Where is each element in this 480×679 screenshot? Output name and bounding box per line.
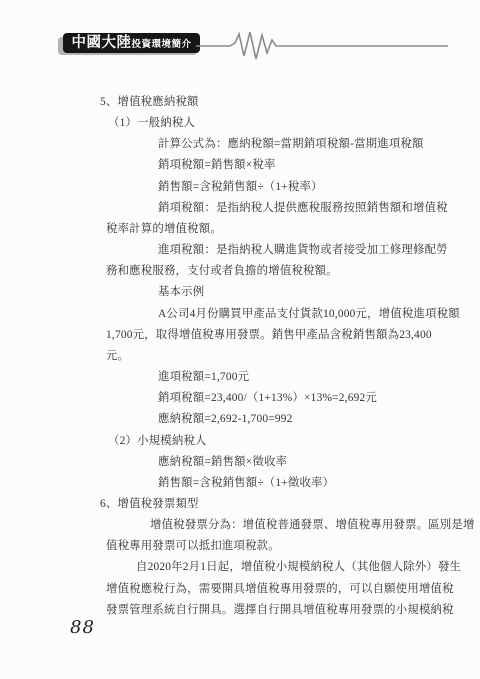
text-line-formula: 銷項稅額=銷售額×稅率 [158, 155, 445, 176]
waveform-icon [196, 28, 450, 68]
text-line-formula: 進項稅額=1,700元 [158, 367, 445, 388]
text-line-formula: 銷項稅額=23,400/（1+13%）×13%=2,692元 [158, 388, 445, 409]
text-line-paragraph: A公司4月份購買甲產品支付貨款10,000元，增值稅進項稅額 [158, 304, 445, 325]
page-number: 88 [70, 617, 95, 638]
text-line-item-2: （2）小規模納稅人 [108, 431, 445, 452]
body-text: 5、增值稅應納稅額 （1）一般納稅人 計算公式為：應納稅額=當期銷項稅額-當期進… [100, 92, 445, 621]
book-title-sub: 投資環境簡介 [131, 40, 191, 50]
book-page: 中國大陸投資環境簡介 5、增值稅應納稅額 （1）一般納稅人 計算公式為：應納稅額… [0, 0, 480, 679]
text-line-formula: 銷售額=含稅銷售額÷（1+稅率） [158, 177, 445, 198]
text-line-section-5: 5、增值稅應納稅額 [100, 92, 445, 113]
text-line-paragraph: 銷項稅額：是指納稅人提供應稅服務按照銷售額和增值稅 [158, 198, 445, 219]
text-line-paragraph: 1,700元，取得增值稅專用發票。銷售甲產品含稅銷售額為23,400 [106, 325, 445, 346]
text-line-paragraph: 值稅專用發票可以抵扣進項稅款。 [106, 536, 445, 557]
text-line-formula: 銷售額=含稅銷售額÷（1+徵收率） [158, 473, 445, 494]
text-line-paragraph: 元。 [106, 346, 445, 367]
text-line-paragraph: 進項稅額：是指納稅人購進貨物或者接受加工修理修配勞 [158, 240, 445, 261]
text-line-formula: 計算公式為：應納稅額=當期銷項稅額-當期進項稅額 [158, 134, 445, 155]
text-line-formula: 應納稅額=2,692-1,700=992 [158, 409, 445, 430]
text-line-paragraph: 務和應稅服務，支付或者負擔的增值稅稅額。 [106, 261, 445, 282]
text-line-paragraph: 發票管理系統自行開具。選擇自行開具增值稅專用發票的小規模納稅 [106, 600, 445, 621]
book-title-bar: 中國大陸投資環境簡介 [63, 33, 200, 53]
text-line-paragraph: 增值稅發票分為：增值稅普通發票、增值稅專用發票。區別是增 [150, 515, 445, 536]
text-line-section-6: 6、增值稅發票類型 [100, 494, 445, 515]
text-line-example-title: 基本示例 [158, 282, 445, 303]
text-line-formula: 應納稅額=銷售額×徵收率 [158, 452, 445, 473]
text-line-paragraph: 稅率計算的增值稅額。 [106, 219, 445, 240]
book-title-main: 中國大陸 [71, 36, 131, 51]
text-line-item-1: （1）一般納稅人 [108, 113, 445, 134]
page-header: 中國大陸投資環境簡介 [0, 0, 480, 70]
text-line-paragraph: 自2020年2月1日起，增值稅小規模納稅人（其他個人除外）發生 [136, 557, 445, 578]
text-line-paragraph: 增值稅應稅行為，需要開具增值稅專用發票的，可以自願使用增值稅 [106, 579, 445, 600]
